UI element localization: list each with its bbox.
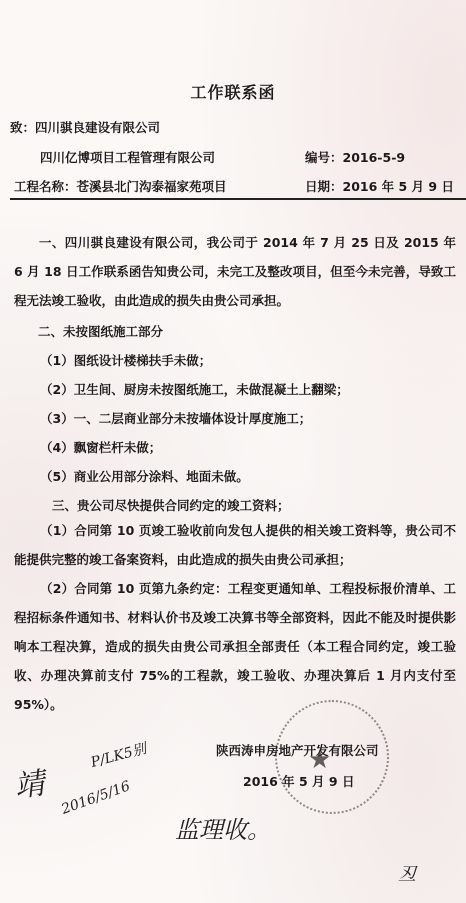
handwritten-received-note: 监理收。 <box>175 810 271 845</box>
document-title: 工作联系函 <box>0 80 466 103</box>
section-2-item: （5）商业公用部分涂料、地面未做。 <box>40 467 249 485</box>
section-3-item: （2）合同第 10 页第九条约定：工程变更通知单、工程投标报价清单、工程招标条件… <box>14 574 456 719</box>
recipient-2: 四川亿博项目工程管理有限公司 <box>40 148 215 166</box>
section-2-item: （1）图纸设计楼梯扶手未做； <box>40 351 211 369</box>
serial-number: 2016-5-9 <box>343 150 406 165</box>
recipient-1: 四川骐良建设有限公司 <box>35 120 160 135</box>
section-3-item: （1）合同第 10 页竣工验收前向发包人提供的相关竣工资料等，贵公司不能提供完整… <box>14 516 456 574</box>
serial-label: 编号： <box>305 150 343 165</box>
project-name: 苍溪县北门沟泰福家苑项目 <box>77 179 227 194</box>
date-line: 日期：2016 年 5 月 9 日 <box>305 177 454 195</box>
section-2-item: （3）一、二层商业部分未按墙体设计厚度施工； <box>40 409 311 427</box>
section-2-item: （4）飘窗栏杆未做； <box>40 438 161 456</box>
handwritten-signature-left: 靖 <box>11 758 47 806</box>
project-label: 工程名称： <box>14 179 77 194</box>
section-1: 一、四川骐良建设有限公司，我公司于 2014 年 7 月 25 日及 2015 … <box>14 228 456 315</box>
section-2-heading: 二、未按图纸施工部分 <box>38 322 163 340</box>
to-label: 致： <box>10 120 35 135</box>
handwritten-initial: 丒 <box>398 860 416 886</box>
section-3-heading: 三、贵公司尽快提供合同约定的竣工资料； <box>52 496 290 514</box>
section-2-item: （2）卫生间、厨房未按图纸施工，未做混凝土上翻梁； <box>40 380 349 398</box>
sender-company: 陕西涛申房地产开发有限公司 <box>216 741 379 759</box>
recipient-line-1: 致：四川骐良建设有限公司 <box>10 118 160 136</box>
date-label: 日期： <box>305 179 343 194</box>
project-line: 工程名称：苍溪县北门沟泰福家苑项目 <box>14 177 227 195</box>
serial-line: 编号：2016-5-9 <box>305 148 405 166</box>
sender-date: 2016 年 5 月 9 日 <box>243 772 354 790</box>
date-value: 2016 年 5 月 9 日 <box>343 179 454 194</box>
header-divider <box>10 198 466 200</box>
